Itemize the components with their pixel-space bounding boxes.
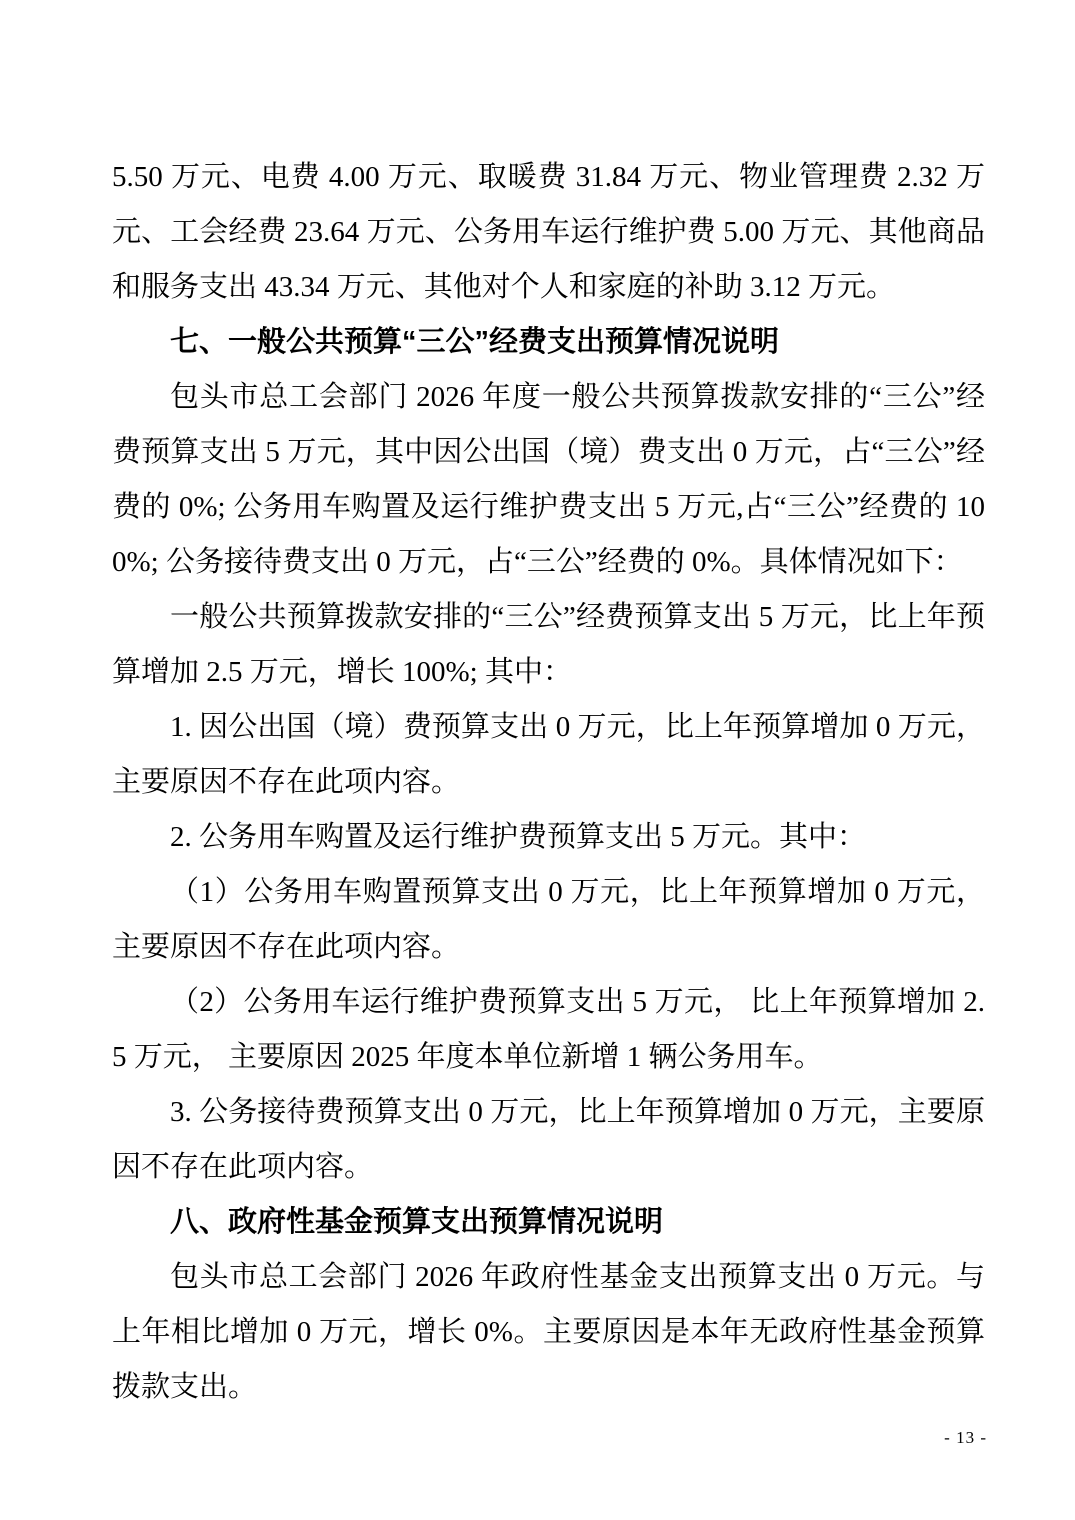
paragraph: 3. 公务接待费预算支出 0 万元，比上年预算增加 0 万元，主要原因不存在此项… — [112, 1085, 985, 1195]
paragraph: 一般公共预算拨款安排的“三公”经费预算支出 5 万元，比上年预算增加 2.5 万… — [112, 590, 985, 700]
paragraph: 5.50 万元、电费 4.00 万元、取暖费 31.84 万元、物业管理费 2.… — [112, 150, 985, 315]
page-number: - 13 - — [944, 1428, 987, 1448]
document-page: 5.50 万元、电费 4.00 万元、取暖费 31.84 万元、物业管理费 2.… — [0, 0, 1075, 1520]
paragraph: 2. 公务用车购置及运行维护费预算支出 5 万元。其中： — [112, 810, 985, 865]
paragraph: 包头市总工会部门 2026 年度一般公共预算拨款安排的“三公”经费预算支出 5 … — [112, 370, 985, 590]
document-content: 5.50 万元、电费 4.00 万元、取暖费 31.84 万元、物业管理费 2.… — [112, 150, 985, 1415]
paragraph: 1. 因公出国（境）费预算支出 0 万元，比上年预算增加 0 万元，主要原因不存… — [112, 700, 985, 810]
paragraph: 包头市总工会部门 2026 年政府性基金支出预算支出 0 万元。与上年相比增加 … — [112, 1250, 985, 1415]
paragraph: （2）公务用车运行维护费预算支出 5 万元， 比上年预算增加 2.5 万元， 主… — [112, 975, 985, 1085]
paragraph: （1）公务用车购置预算支出 0 万元，比上年预算增加 0 万元，主要原因不存在此… — [112, 865, 985, 975]
section-heading: 七、一般公共预算“三公”经费支出预算情况说明 — [112, 315, 985, 370]
section-heading: 八、政府性基金预算支出预算情况说明 — [112, 1195, 985, 1250]
